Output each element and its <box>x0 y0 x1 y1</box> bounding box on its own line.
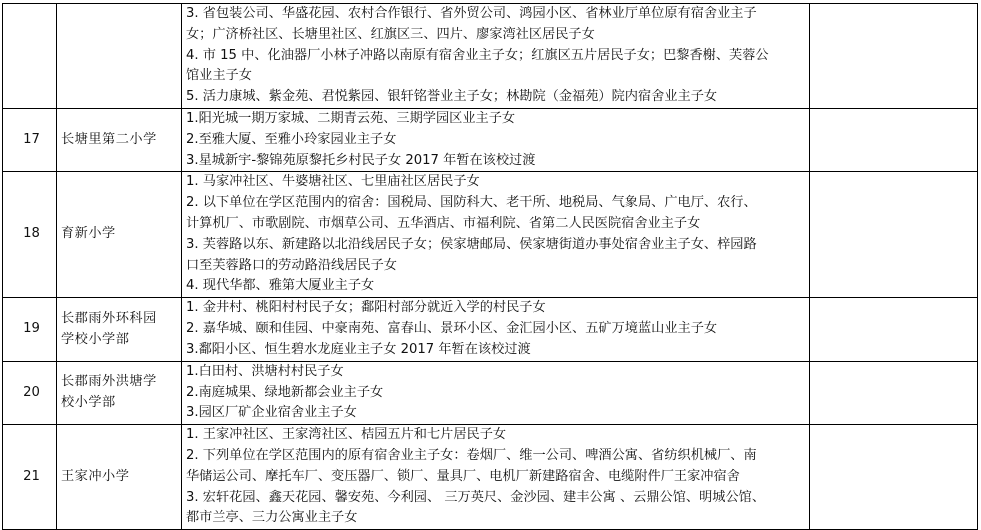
district-line: 计算机厂、市歌剧院、市烟草公司、五华酒店、市福利院、省第二人民医院宿舍业主子女 <box>186 214 809 235</box>
district-line: 馆业主子女 <box>186 66 809 87</box>
school-name-line: 校小学部 <box>61 393 181 414</box>
district-line: 5. 活力康城、紫金苑、君悦紫园、银轩铭誉业主子女；林勘院（金福苑）院内宿舍业主… <box>186 87 809 108</box>
school-name: 长塘里第二小学 <box>57 108 182 171</box>
district-line: 口至芙蓉路口的劳动路沿线居民子女 <box>186 256 809 277</box>
district-line: 3.园区厂矿企业宿舍业主子女 <box>186 403 809 424</box>
district-line: 2. 下列单位在学区范围内的原有宿舍业主子女：卷烟厂、维一公司、啤酒公寓、省纺织… <box>186 446 809 467</box>
district-line: 3.鄱阳小区、恒生碧水龙庭业主子女 2017 年暂在该校过渡 <box>186 340 809 361</box>
table-row: 20 长郡雨外洪塘学 校小学部 1.白田村、洪塘村村民子女 2.南庭城果、绿地新… <box>3 361 978 424</box>
district-line: 1. 王家冲社区、王家湾社区、桔园五片和七片居民子女 <box>186 425 809 446</box>
district-line: 3.星城新宇-黎锦苑原黎托乡村民子女 2017 年暂在该校过渡 <box>186 151 809 172</box>
school-name-line: 长郡雨外环科园 <box>61 309 181 330</box>
district-description: 1.白田村、洪塘村村民子女 2.南庭城果、绿地新都会业主子女 3.园区厂矿企业宿… <box>182 361 810 424</box>
row-index: 19 <box>3 298 57 361</box>
school-name-line: 长郡雨外洪塘学 <box>61 372 181 393</box>
table-row: 18 育新小学 1. 马家冲社区、牛婆塘社区、七里庙社区居民子女 2. 以下单位… <box>3 172 978 298</box>
district-description: 1.阳光城一期万家城、二期青云苑、三期学园区业主子女 2.至雅大厦、至雅小玲家园… <box>182 108 810 171</box>
district-line: 2.南庭城果、绿地新都会业主子女 <box>186 383 809 404</box>
remark-cell <box>810 172 978 298</box>
district-line: 女；广济桥社区、长塘里社区、红旗区三、四片、廖家湾社区居民子女 <box>186 25 809 46</box>
district-line: 2. 嘉华城、颐和佳园、中豪南苑、富春山、景环小区、金汇园小区、五矿万境蓝山业主… <box>186 319 809 340</box>
school-name <box>57 4 182 109</box>
table-row: 3. 省包装公司、华盛花园、农村合作银行、省外贸公司、鸿园小区、省林业厅单位原有… <box>3 4 978 109</box>
school-name: 育新小学 <box>57 172 182 298</box>
row-index: 18 <box>3 172 57 298</box>
district-description: 1. 金井村、桃阳村村民子女；鄱阳村部分就近入学的村民子女 2. 嘉华城、颐和佳… <box>182 298 810 361</box>
row-index: 17 <box>3 108 57 171</box>
district-line: 华储运公司、摩托车厂、变压器厂、锁厂、量具厂、电机厂新建路宿舍、电缆附件厂王家冲… <box>186 467 809 488</box>
remark-cell <box>810 425 978 530</box>
remark-cell <box>810 361 978 424</box>
district-line: 1. 马家冲社区、牛婆塘社区、七里庙社区居民子女 <box>186 172 809 193</box>
row-index <box>3 4 57 109</box>
district-line: 1.白田村、洪塘村村民子女 <box>186 362 809 383</box>
row-index: 20 <box>3 361 57 424</box>
district-line: 1.阳光城一期万家城、二期青云苑、三期学园区业主子女 <box>186 109 809 130</box>
district-line: 3. 宏轩花园、鑫天花园、馨安苑、今利园、 三万英尺、金沙园、建丰公寓 、云鼎公… <box>186 488 809 509</box>
school-name: 长郡雨外环科园 学校小学部 <box>57 298 182 361</box>
school-name-line: 学校小学部 <box>61 330 181 351</box>
district-line: 都市兰亭、三力公寓业主子女 <box>186 508 809 529</box>
district-line: 4. 现代华都、雅第大厦业主子女 <box>186 276 809 297</box>
district-description: 1. 马家冲社区、牛婆塘社区、七里庙社区居民子女 2. 以下单位在学区范围内的宿… <box>182 172 810 298</box>
row-index: 21 <box>3 425 57 530</box>
school-district-table: 3. 省包装公司、华盛花园、农村合作银行、省外贸公司、鸿园小区、省林业厅单位原有… <box>2 3 978 530</box>
table-row: 19 长郡雨外环科园 学校小学部 1. 金井村、桃阳村村民子女；鄱阳村部分就近入… <box>3 298 978 361</box>
district-description: 1. 王家冲社区、王家湾社区、桔园五片和七片居民子女 2. 下列单位在学区范围内… <box>182 425 810 530</box>
district-line: 1. 金井村、桃阳村村民子女；鄱阳村部分就近入学的村民子女 <box>186 298 809 319</box>
school-name: 长郡雨外洪塘学 校小学部 <box>57 361 182 424</box>
district-line: 4. 市 15 中、化油器厂小林子冲路以南原有宿舍业主子女；红旗区五片居民子女；… <box>186 46 809 67</box>
district-description: 3. 省包装公司、华盛花园、农村合作银行、省外贸公司、鸿园小区、省林业厅单位原有… <box>182 4 810 109</box>
district-line: 3. 芙蓉路以东、新建路以北沿线居民子女；侯家塘邮局、侯家塘街道办事处宿舍业主子… <box>186 235 809 256</box>
remark-cell <box>810 298 978 361</box>
district-line: 3. 省包装公司、华盛花园、农村合作银行、省外贸公司、鸿园小区、省林业厅单位原有… <box>186 4 809 25</box>
school-name: 王家冲小学 <box>57 425 182 530</box>
table-row: 21 王家冲小学 1. 王家冲社区、王家湾社区、桔园五片和七片居民子女 2. 下… <box>3 425 978 530</box>
remark-cell <box>810 4 978 109</box>
district-line: 2. 以下单位在学区范围内的宿舍：国税局、国防科大、老干所、地税局、气象局、广电… <box>186 193 809 214</box>
district-line: 2.至雅大厦、至雅小玲家园业主子女 <box>186 130 809 151</box>
table-row: 17 长塘里第二小学 1.阳光城一期万家城、二期青云苑、三期学园区业主子女 2.… <box>3 108 978 171</box>
remark-cell <box>810 108 978 171</box>
